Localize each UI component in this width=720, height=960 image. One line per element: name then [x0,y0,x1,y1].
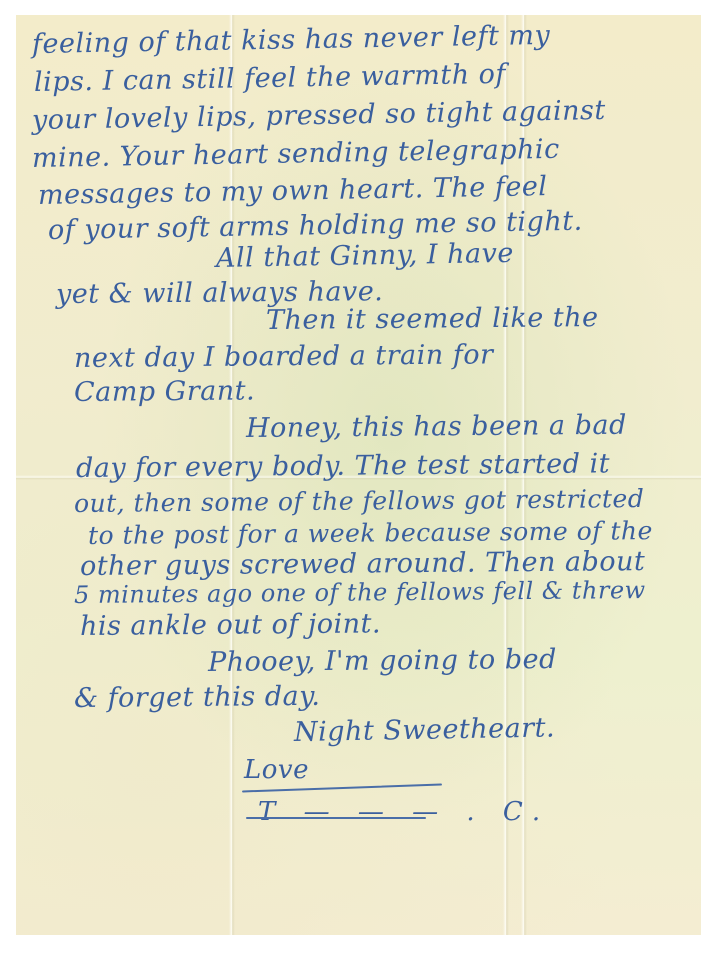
letter-line: Camp Grant. [74,375,255,408]
letter-page: feeling of that kiss has never left my l… [16,15,701,935]
letter-line: & forget this day. [74,681,321,714]
letter-line: All that Ginny, I have [216,238,514,274]
letter-line: Then it seemed like the [266,302,599,336]
letter-line: his ankle out of joint. [80,608,381,642]
letter-line: messages to my own heart. The feel [38,171,548,211]
letter-line: next day I boarded a train for [74,339,494,374]
letter-closing: Night Sweetheart. [294,712,556,748]
letter-line: lips. I can still feel the warmth of [34,59,506,98]
letter-line: to the post for a week because some of t… [88,516,653,550]
letter-signoff: Love [244,755,309,785]
letter-line: mine. Your heart sending telegraphic [32,134,560,174]
letter-line: your lovely lips, pressed so tight again… [32,95,606,136]
letter-line: feeling of that kiss has never left my [32,20,551,60]
signature: T — — — . C. [258,797,550,827]
letter-line: day for every body. The test started it [76,448,610,484]
letter-line: Phooey, I'm going to bed [208,644,557,678]
letter-line: Honey, this has been a bad [246,410,627,444]
signature-underline [246,817,426,819]
letter-line: 5 minutes ago one of the fellows fell & … [74,576,646,609]
letter-line: out, then some of the fellows got restri… [74,484,645,518]
